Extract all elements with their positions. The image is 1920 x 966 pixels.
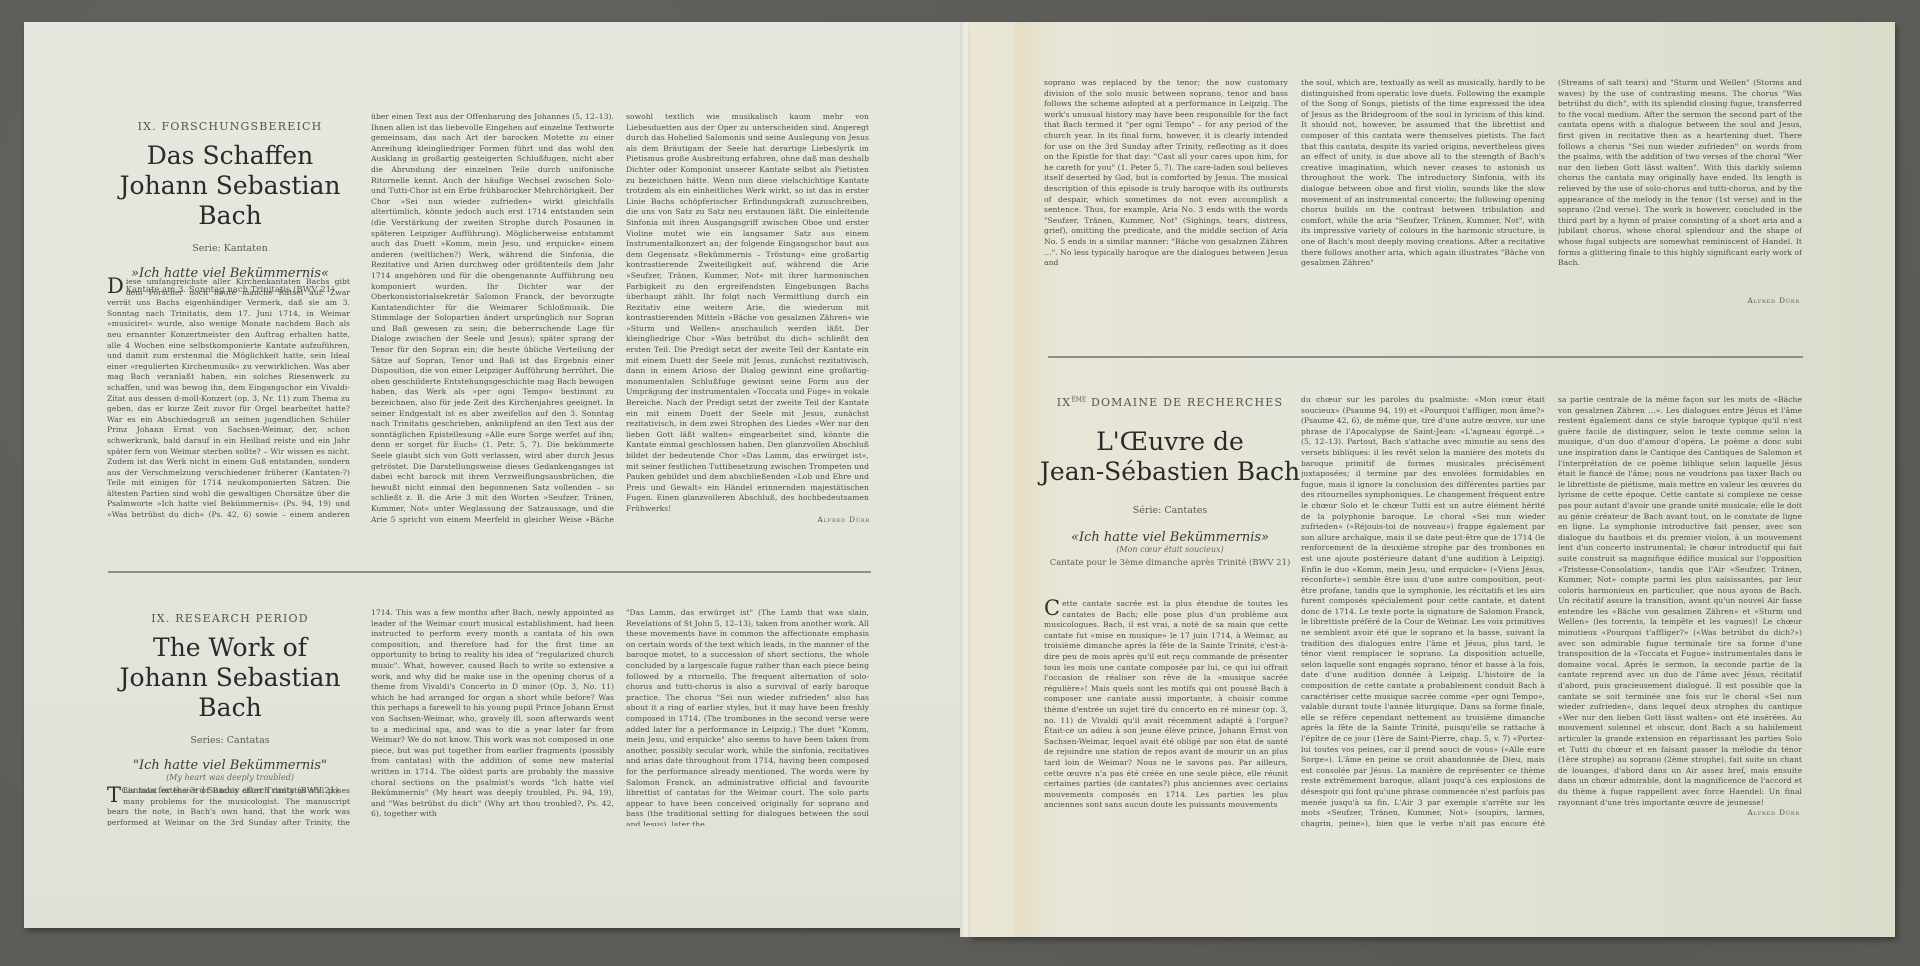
section-divider xyxy=(108,571,871,573)
english-column-2: 1714. This was a few months after Bach, … xyxy=(371,608,614,826)
series-label: Series: Cantatas xyxy=(100,735,360,746)
cantata-title: «Ich hatte viel Bekümmernis» xyxy=(1035,530,1305,545)
german-heading: IX. Forschungsbereich Das Schaffen Johan… xyxy=(100,120,360,295)
german-signature: Alfred Dürr xyxy=(760,515,870,524)
german-column-3: sowohl textlich wie musikalisch kaum meh… xyxy=(626,112,869,512)
french-signature: Alfred Dürr xyxy=(1700,808,1800,817)
german-column-2: über einen Text aus der Offenbarung des … xyxy=(371,112,614,524)
french-column-1: Cette cantate sacrée est la plus étendue… xyxy=(1044,599,1288,829)
section-label: IXème Domaine de recherches xyxy=(1035,396,1305,409)
series-label: Serie: Kantaten xyxy=(100,243,360,254)
section-label: IX. Research Period xyxy=(100,612,360,625)
french-column-3: sa partie centrale de la même façon sur … xyxy=(1558,395,1802,810)
page-title-line2: Johann Sebastian Bach xyxy=(100,171,360,231)
cantata-occasion: Cantate pour le 3ème dimanche après Trin… xyxy=(1035,558,1305,568)
english-column-5: the soul, which are, textually as well a… xyxy=(1301,78,1545,306)
page-title-line2: Jean-Sébastien Bach xyxy=(1035,457,1305,487)
cantata-translation: (Mon cœur était soucieux) xyxy=(1035,545,1305,554)
english-column-3: "Das Lamm, das erwürget ist" (The Lamb t… xyxy=(626,608,869,826)
french-heading: IXème Domaine de recherches L'Œuvre de J… xyxy=(1035,396,1305,568)
page-title-line1: L'Œuvre de xyxy=(1035,427,1305,457)
series-label: Série: Cantates xyxy=(1035,505,1305,516)
page-title-line1: Das Schaffen xyxy=(100,141,360,171)
section-name: Domaine de recherches xyxy=(1091,396,1283,409)
section-divider xyxy=(1048,356,1803,358)
german-column-1: Diese umfangreichste aller Kirchenkantat… xyxy=(107,277,350,522)
section-number: IX xyxy=(1057,396,1072,409)
english-heading: IX. Research Period The Work of Johann S… xyxy=(100,612,360,796)
cantata-translation: (My heart was deeply troubled) xyxy=(100,773,360,782)
page-title-line2: Johann Sebastian Bach xyxy=(100,663,360,723)
cantata-title: "Ich hatte viel Bekümmernis" xyxy=(100,758,360,773)
english-signature: Alfred Dürr xyxy=(1700,296,1800,305)
french-column-2: du chœur sur les paroles du psalmiste: «… xyxy=(1301,395,1545,829)
section-ordinal: ème xyxy=(1071,396,1086,403)
page-title-line1: The Work of xyxy=(100,633,360,663)
english-column-4: soprano was replaced by the tenor; the n… xyxy=(1044,78,1288,306)
english-column-1: This most extensive of Bach's church can… xyxy=(107,786,350,826)
section-label: IX. Forschungsbereich xyxy=(100,120,360,133)
english-column-6: (Streams of salt tears) and "Sturm und W… xyxy=(1558,78,1802,296)
